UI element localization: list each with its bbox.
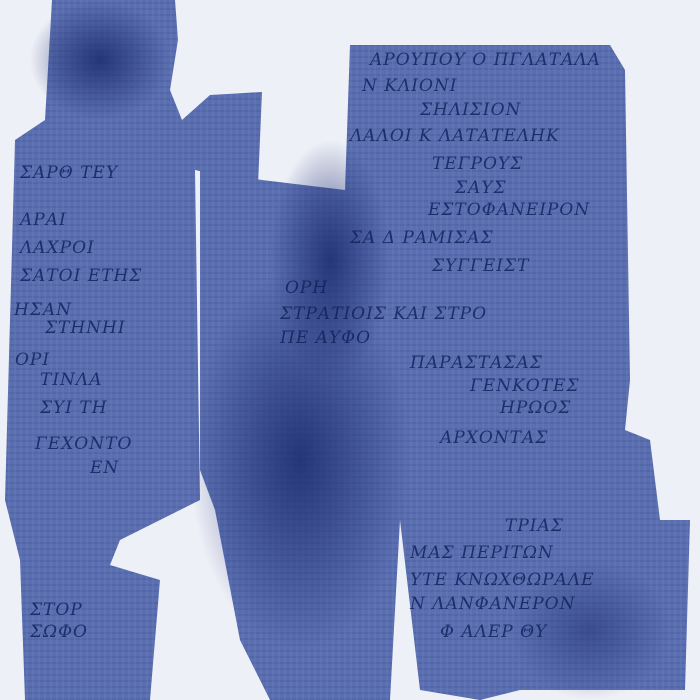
text-line: ΠΑΡΑΣΤΑΣΑΣ (410, 353, 543, 373)
text-line: ΟΡΙ (15, 350, 50, 370)
text-line: ΜΑΣ ΠΕΡΙΤΩΝ (410, 543, 554, 563)
text-line: ΑΡΧΟΝΤΑΣ (440, 428, 548, 448)
text-line: ΗΣΑΝ (14, 300, 72, 320)
text-line: ΣΑΡΘ ΤΕΥ (20, 163, 118, 183)
text-line: ΣΑΤΟΙ ΕΤΗΣ (20, 266, 142, 286)
text-line: ΟΡΗ (285, 278, 328, 298)
text-line: ΑΡΟΥΠΟΥ Ο ΠΓΛΑΤΑΛΑ (370, 50, 601, 70)
text-line: ΣΤΟΡ (30, 600, 83, 620)
text-line: ΤΕΓΡΟΥΣ (432, 154, 523, 174)
text-line: ΛΑΛΟΙ Κ ΛΑΤΑΤΕΛΗΚ (350, 126, 560, 146)
text-line: Φ ΑΛΕΡ ΘΥ (440, 622, 547, 642)
text-line: ΕΣΤΟΦΑΝΕΙΡΟΝ (428, 200, 590, 220)
text-line: ΕΝ (90, 458, 119, 478)
text-line: ΣΩΦΟ (30, 622, 88, 642)
text-line: ΤΙΝΛΑ (40, 370, 102, 390)
text-line: ΓΕΧΟΝΤΟ (35, 434, 132, 454)
text-line: ΣΥΙ ΤΗ (40, 398, 108, 418)
text-line: ΣΗΛΙΣΙΟΝ (420, 100, 521, 120)
text-line: ΥΤΕ ΚΝΩΧΘΩΡΑΛΕ (410, 570, 595, 590)
text-line: ΓΕΝΚΟΤΕΣ (470, 376, 580, 396)
papyrus-fragments (0, 0, 700, 700)
text-line: ΣΤΗΝΗΙ (45, 318, 126, 338)
text-line: ΑΡΑΙ (20, 210, 67, 230)
text-line: ΠΕ ΑΥΦΟ (280, 328, 371, 348)
text-line: Ν ΛΑΝΦΑΝΕΡΟΝ (410, 594, 575, 614)
text-line: ΗΡΩΟΣ (500, 398, 571, 418)
text-line: Ν ΚΛΙΟΝΙ (362, 76, 458, 96)
papyrus-photo: ΑΡΟΥΠΟΥ Ο ΠΓΛΑΤΑΛΑΝ ΚΛΙΟΝΙΣΗΛΙΣΙΟΝΛΑΛΟΙ … (0, 0, 700, 700)
text-line: ΣΥΓΓΕΙΣΤ (432, 256, 529, 276)
text-line: ΣΤΡΑΤΙΟΙΣ ΚΑΙ ΣΤΡΟ (280, 304, 487, 324)
text-line: ΣΑΥΣ (455, 178, 507, 198)
text-line: ΣΑ Δ ΡΑΜΙΣΑΣ (350, 228, 494, 248)
text-line: ΛΑΧΡΟΙ (20, 238, 95, 258)
text-line: ΤΡΙΑΣ (505, 516, 564, 536)
